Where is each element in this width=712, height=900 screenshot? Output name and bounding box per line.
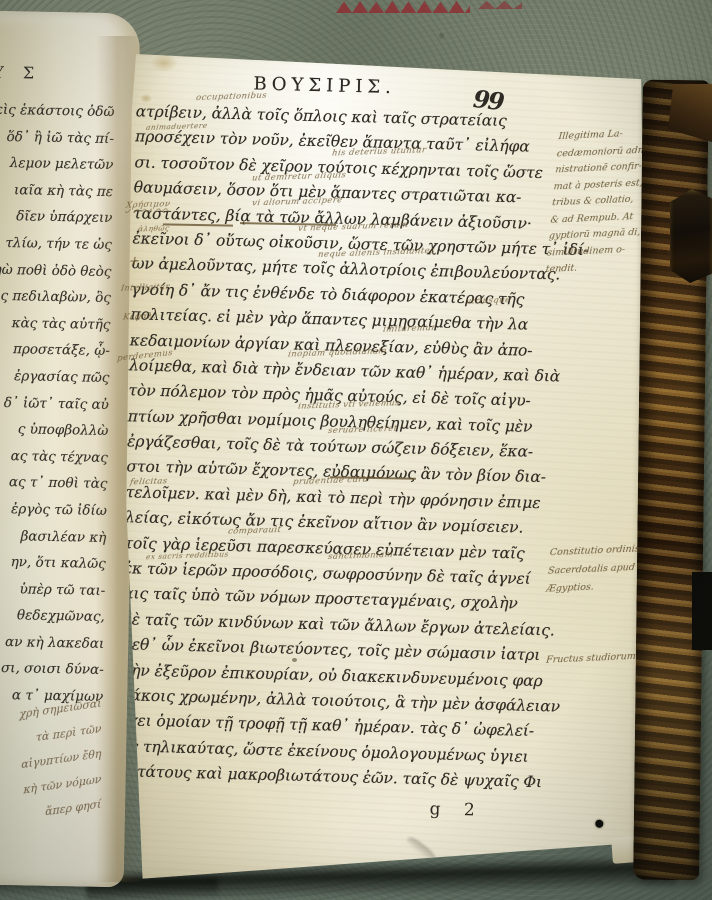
margin-gloss: felicitas xyxy=(129,476,168,487)
facing-page-line-fragment: ἐργὸς τῶ ἰδίω xyxy=(0,495,107,524)
printed-text-block: ατρίβειν, ἀλλὰ τοῖς ὅπλοις καὶ ταῖς στρα… xyxy=(118,99,568,796)
facing-page-line-fragment: ισι, σοισι δύνα- xyxy=(0,655,104,684)
wormhole xyxy=(595,820,603,828)
facing-page-line-fragment: ἐργασίας πῶς xyxy=(0,362,110,391)
running-title: ΒΟΥΣΙΡΙΣ. xyxy=(253,73,396,98)
interlinear-gloss: vtriusque xyxy=(465,295,511,307)
facing-page-line-fragment: βασιλέαν κὴ xyxy=(0,522,107,551)
binding-clasp xyxy=(670,189,712,283)
facing-page-running-title-fragment: Υ Σ xyxy=(0,63,41,83)
facing-page-line-fragment: ην, ὅτι καλῶς xyxy=(0,549,106,578)
facing-page-line-fragment: ὑπὲρ τῶ ται- xyxy=(0,575,106,604)
facing-page-line-fragment: ας τὰς τέχνας xyxy=(0,442,108,471)
facing-page-line-fragment: δ᾽ ἰῶτ᾽ ταῖς αὐ xyxy=(0,389,109,418)
facing-page-line-fragment: ἡὼ ποθὶ ὁδὸ θεὸς xyxy=(0,256,112,285)
interlinear-gloss: comparauit xyxy=(227,525,282,537)
facing-page-line-fragment: κὰς τὰς αὐτῆς xyxy=(0,309,111,338)
margin-gloss: Intelligitur xyxy=(120,282,170,293)
facing-page-line-fragment: θεδεχμῶνας, xyxy=(0,602,105,631)
margin-gloss: Χρήσιμον xyxy=(125,199,171,211)
facing-page-line-fragment: ς πεδιλαβὼν, ὃς xyxy=(0,283,111,312)
margin-gloss: Κεφάλ. xyxy=(122,311,156,322)
facing-page-line-fragment: προσετάξε, ᾧ- xyxy=(0,336,110,365)
interlinear-gloss: imitaremur xyxy=(382,323,436,335)
book-photograph: Υ Σ εὶς ἑκάστοις ὁδῶὅδ᾽ ἢ ἰῶ τὰς πί-λεμο… xyxy=(0,0,712,900)
facing-page-line-fragment: ς ὑποφβολλὼ xyxy=(0,416,109,445)
facing-page-handwritten-notes: χρὴ σημειῶσαιτὰ περὶ τῶναἰγυπτίων ἔθηκὴ … xyxy=(0,691,102,834)
facing-page-line-fragment: ας τ᾽ ποθὶ τὰς xyxy=(0,469,108,498)
signature-mark: g 2 xyxy=(429,799,484,820)
red-fabric-mark-small xyxy=(478,0,522,9)
margin-cross-mark: + xyxy=(128,254,141,269)
red-fabric-mark xyxy=(336,0,470,13)
binding-shadow-block xyxy=(692,572,712,650)
facing-page-line-fragment: αν κὴ λακεδαι xyxy=(0,628,105,657)
